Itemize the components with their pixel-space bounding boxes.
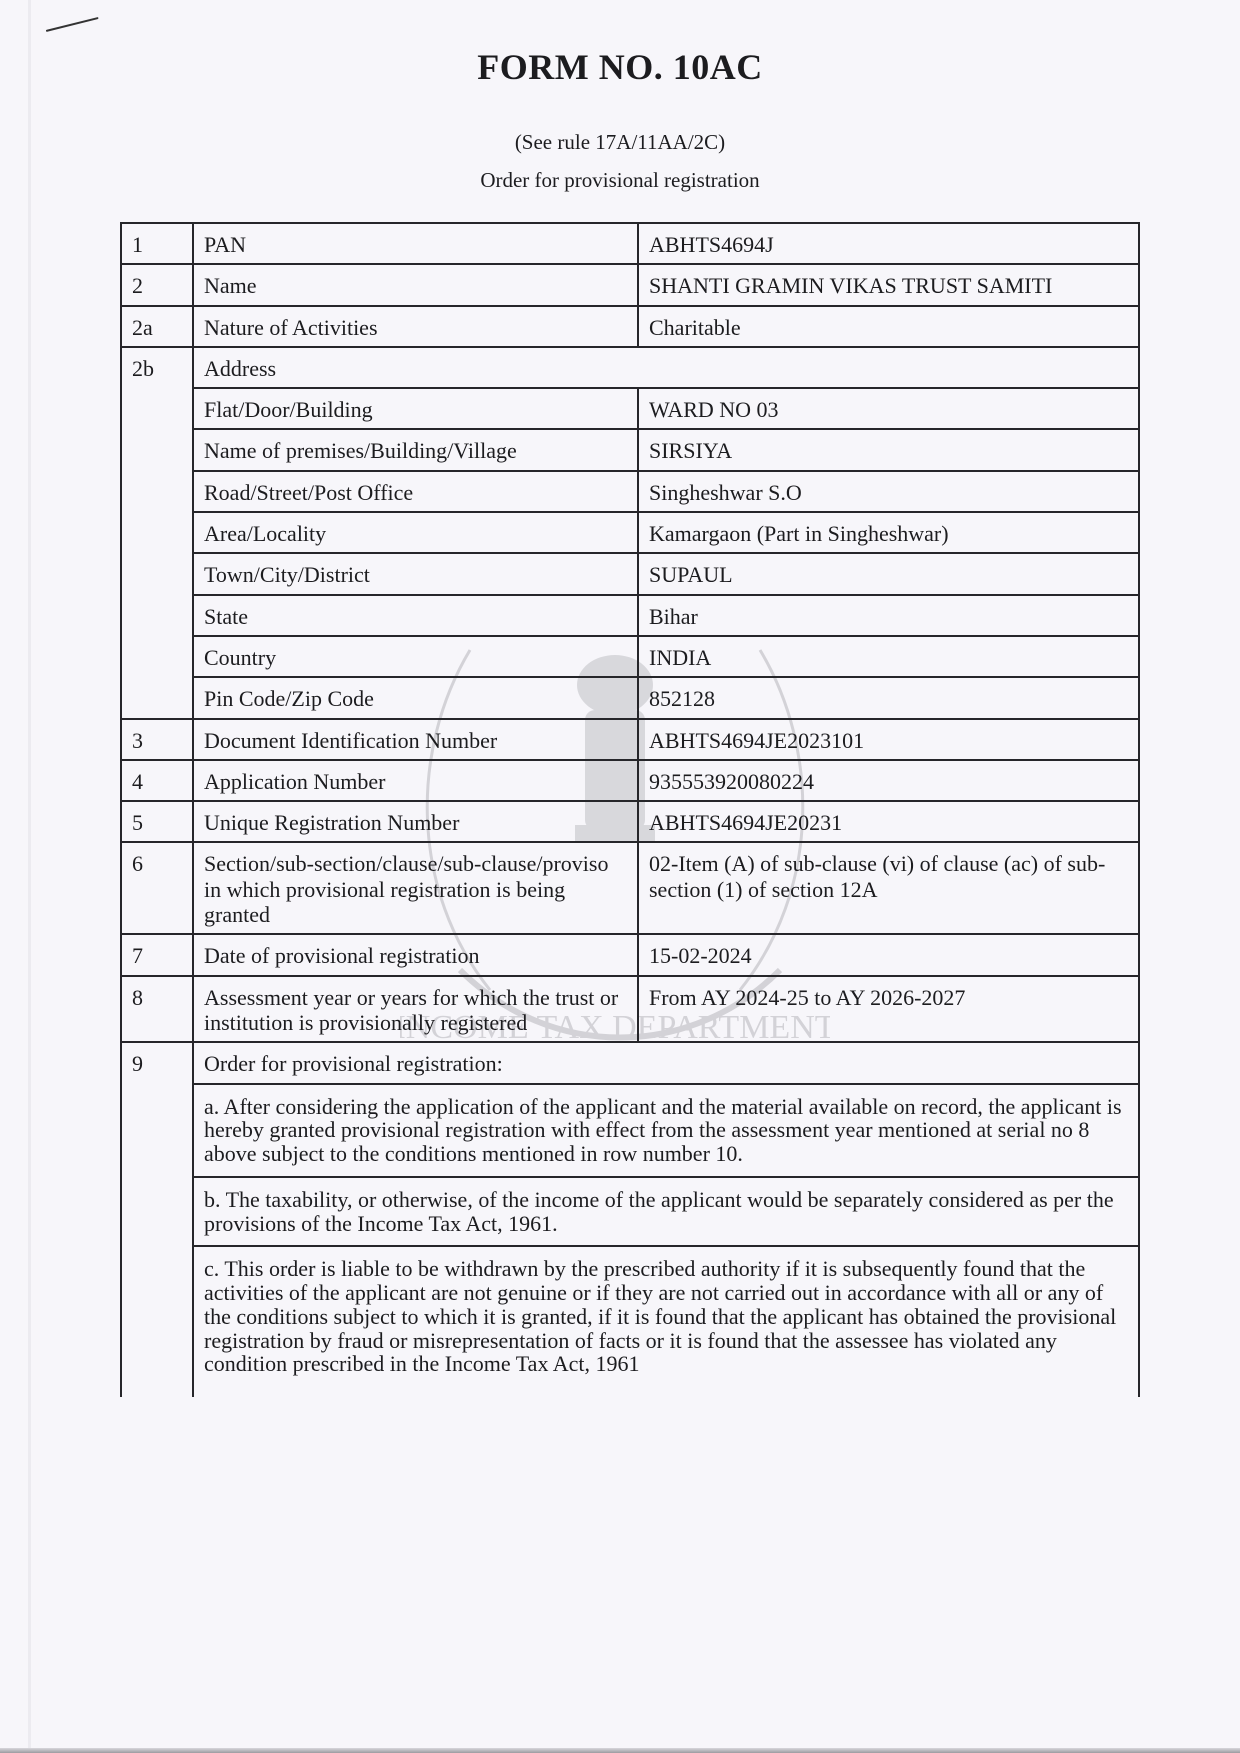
address-field-value: SIRSIYA <box>638 429 1139 470</box>
address-field-label: Road/Street/Post Office <box>193 471 638 512</box>
address-field-row: Country INDIA <box>121 636 1139 677</box>
table-row-address: 2b Address <box>121 347 1139 388</box>
address-field-label: Flat/Door/Building <box>193 388 638 429</box>
order-paragraph-c-cell: c. This order is liable to be withdrawn … <box>193 1246 1139 1397</box>
address-field-label: Pin Code/Zip Code <box>193 677 638 718</box>
address-heading: Address <box>193 347 1139 388</box>
urn-value: ABHTS4694JE20231 <box>638 801 1139 842</box>
row-number: 2b <box>121 347 193 719</box>
row-number: 1 <box>121 223 193 264</box>
address-field-value: Singheshwar S.O <box>638 471 1139 512</box>
page-cutoff <box>194 1385 1138 1397</box>
order-paragraph-row: c. This order is liable to be withdrawn … <box>121 1246 1139 1397</box>
address-field-label: Town/City/District <box>193 553 638 594</box>
row-number: 4 <box>121 760 193 801</box>
row-number: 2a <box>121 306 193 347</box>
application-number-value: 935553920080224 <box>638 760 1139 801</box>
row-label: Section/sub-section/clause/sub-clause/pr… <box>193 842 638 934</box>
pan-value: ABHTS4694J <box>638 223 1139 264</box>
row-number: 2 <box>121 264 193 305</box>
form-subtitle: Order for provisional registration <box>0 168 1240 193</box>
address-field-value: WARD NO 03 <box>638 388 1139 429</box>
address-field-label: Country <box>193 636 638 677</box>
table-row-pan: 1 PAN ABHTS4694J <box>121 223 1139 264</box>
table-row-section: 6 Section/sub-section/clause/sub-clause/… <box>121 842 1139 934</box>
nature-value: Charitable <box>638 306 1139 347</box>
registration-table: 1 PAN ABHTS4694J 2 Name SHANTI GRAMIN VI… <box>120 222 1140 1397</box>
table-row-application: 4 Application Number 935553920080224 <box>121 760 1139 801</box>
address-field-value: INDIA <box>638 636 1139 677</box>
pen-mark <box>46 17 99 32</box>
order-heading: Order for provisional registration: <box>193 1042 1139 1083</box>
row-number: 6 <box>121 842 193 934</box>
row-number: 7 <box>121 934 193 975</box>
section-value: 02-Item (A) of sub-clause (vi) of clause… <box>638 842 1139 934</box>
row-label: Nature of Activities <box>193 306 638 347</box>
address-field-value: SUPAUL <box>638 553 1139 594</box>
row-label: Application Number <box>193 760 638 801</box>
din-value: ABHTS4694JE2023101 <box>638 719 1139 760</box>
address-field-label: Name of premises/Building/Village <box>193 429 638 470</box>
table-row-order: 9 Order for provisional registration: <box>121 1042 1139 1083</box>
address-field-row: Flat/Door/Building WARD NO 03 <box>121 388 1139 429</box>
order-paragraph-a: a. After considering the application of … <box>193 1084 1139 1177</box>
order-paragraph-b: b. The taxability, or otherwise, of the … <box>193 1177 1139 1247</box>
table-row-urn: 5 Unique Registration Number ABHTS4694JE… <box>121 801 1139 842</box>
address-field-label: Area/Locality <box>193 512 638 553</box>
assessment-years-value: From AY 2024-25 to AY 2026-2027 <box>638 976 1139 1043</box>
row-number: 5 <box>121 801 193 842</box>
row-label: Date of provisional registration <box>193 934 638 975</box>
table-row-name: 2 Name SHANTI GRAMIN VIKAS TRUST SAMITI <box>121 264 1139 305</box>
rule-reference: (See rule 17A/11AA/2C) <box>0 130 1240 155</box>
row-label: Unique Registration Number <box>193 801 638 842</box>
row-number: 8 <box>121 976 193 1043</box>
table-row-nature: 2a Nature of Activities Charitable <box>121 306 1139 347</box>
address-field-value: Kamargaon (Part in Singheshwar) <box>638 512 1139 553</box>
address-field-value: 852128 <box>638 677 1139 718</box>
page-bottom-edge <box>0 1748 1240 1753</box>
row-number: 3 <box>121 719 193 760</box>
address-field-label: State <box>193 595 638 636</box>
order-paragraph-row: b. The taxability, or otherwise, of the … <box>121 1177 1139 1247</box>
row-label: Document Identification Number <box>193 719 638 760</box>
row-label: Assessment year or years for which the t… <box>193 976 638 1043</box>
name-value: SHANTI GRAMIN VIKAS TRUST SAMITI <box>638 264 1139 305</box>
form-title: FORM NO. 10AC <box>0 46 1240 88</box>
address-field-row: Area/Locality Kamargaon (Part in Singhes… <box>121 512 1139 553</box>
order-paragraph-row: a. After considering the application of … <box>121 1084 1139 1177</box>
table-row-din: 3 Document Identification Number ABHTS46… <box>121 719 1139 760</box>
row-label: PAN <box>193 223 638 264</box>
table-row-assessment: 8 Assessment year or years for which the… <box>121 976 1139 1043</box>
address-field-row: Road/Street/Post Office Singheshwar S.O <box>121 471 1139 512</box>
page-scan-edge <box>28 0 31 1753</box>
address-field-row: Town/City/District SUPAUL <box>121 553 1139 594</box>
address-field-row: Pin Code/Zip Code 852128 <box>121 677 1139 718</box>
row-label: Name <box>193 264 638 305</box>
address-field-value: Bihar <box>638 595 1139 636</box>
row-number: 9 <box>121 1042 193 1397</box>
address-field-row: State Bihar <box>121 595 1139 636</box>
registration-date-value: 15-02-2024 <box>638 934 1139 975</box>
order-paragraph-c: c. This order is liable to be withdrawn … <box>204 1256 1116 1376</box>
address-field-row: Name of premises/Building/Village SIRSIY… <box>121 429 1139 470</box>
table-row-date: 7 Date of provisional registration 15-02… <box>121 934 1139 975</box>
